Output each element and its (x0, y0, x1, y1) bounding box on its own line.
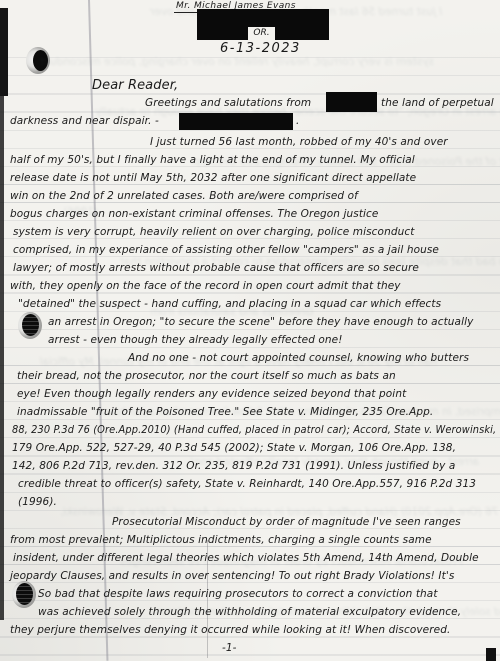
handwriting-line: darkness and near dispair. - (10, 115, 159, 127)
handwriting-line: win on the 2nd of 2 unrelated cases. Bot… (10, 190, 358, 202)
handwriting-line: (1996). (18, 496, 57, 508)
hole-punch (26, 47, 50, 74)
handwriting-line: lawyer; of mostly arrests without probab… (13, 262, 419, 274)
handwriting-line: Dear Reader, (92, 78, 178, 93)
handwriting-line: with, they openly on the face of the rec… (10, 280, 401, 292)
handwriting-line: -1- (222, 642, 237, 654)
handwriting-line: bogus charges on non-existant criminal o… (10, 208, 379, 220)
handwriting-line: . (296, 115, 299, 127)
handwriting-line: was achieved solely through the withhold… (38, 606, 461, 618)
handwriting-line: So bad that despite laws requiring prose… (38, 588, 438, 600)
handwriting-line: release date is not until May 5th, 2032 … (10, 172, 416, 184)
ruled-lines (0, 40, 500, 661)
handwriting-line: comprised, in my experiance of assisting… (13, 244, 439, 256)
letter-date: 6-13-2023 (220, 41, 301, 56)
handwriting-line: from most prevalent; Multiplictous indic… (10, 534, 432, 546)
scan-edge-artifact (0, 8, 8, 96)
handwriting-line: 179 Ore.App. 522, 527-29, 40 P.3d 545 (2… (12, 442, 456, 454)
handwriting-line: arrest - even though they already legall… (48, 334, 343, 346)
letter-page: I just turned 56 last month, robbed of m… (0, 0, 500, 661)
handwriting-line: 142, 806 P.2d 713, rev.den. 312 Or. 235,… (12, 460, 455, 472)
handwriting-line: the land of perpetual (381, 97, 494, 109)
redaction-bar (326, 92, 377, 112)
handwriting-line: I just turned 56 last month, robbed of m… (150, 136, 448, 148)
handwriting-line: inadmissable "fruit of the Poisoned Tree… (17, 406, 433, 418)
handwriting-line: insident, under different legal theories… (13, 552, 479, 564)
hole-punch (12, 581, 36, 608)
state-label: OR. (248, 27, 275, 40)
redaction-bar (179, 113, 293, 130)
handwriting-line: "detained" the suspect - hand cuffing, a… (18, 298, 441, 310)
scan-edge-artifact (0, 8, 4, 620)
handwriting-line: And no one - not court appointed counsel… (128, 352, 469, 364)
handwriting-line: Prosecutorial Misconduct by order of mag… (112, 516, 461, 528)
redaction-bar: OR. (197, 9, 329, 40)
handwriting-line: 88, 230 P.3d 76 (Ore.App.2010) (Hand cuf… (12, 424, 496, 436)
handwriting-line: Greetings and salutations from (145, 97, 311, 109)
scan-mark (486, 648, 496, 661)
handwriting-line: jeopardy Clauses, and results in over se… (10, 570, 454, 582)
bleedthrough-writing: system is very corrupt, heavily relient … (40, 56, 434, 68)
hole-punch (18, 312, 42, 339)
handwriting-line: system is very corrupt, heavily relient … (13, 226, 414, 238)
handwriting-line: their bread, not the prosecutor, nor the… (17, 370, 396, 382)
handwriting-line: credible threat to officer(s) safety, St… (18, 478, 476, 490)
handwriting-line: an arrest in Oregon; "to secure the scen… (48, 316, 473, 328)
handwriting-line: they perjure themselves denying it occur… (10, 624, 450, 636)
handwriting-line: half of my 50's, but I finally have a li… (10, 154, 415, 166)
handwriting-line: eye! Even though legally renders any evi… (17, 388, 406, 400)
